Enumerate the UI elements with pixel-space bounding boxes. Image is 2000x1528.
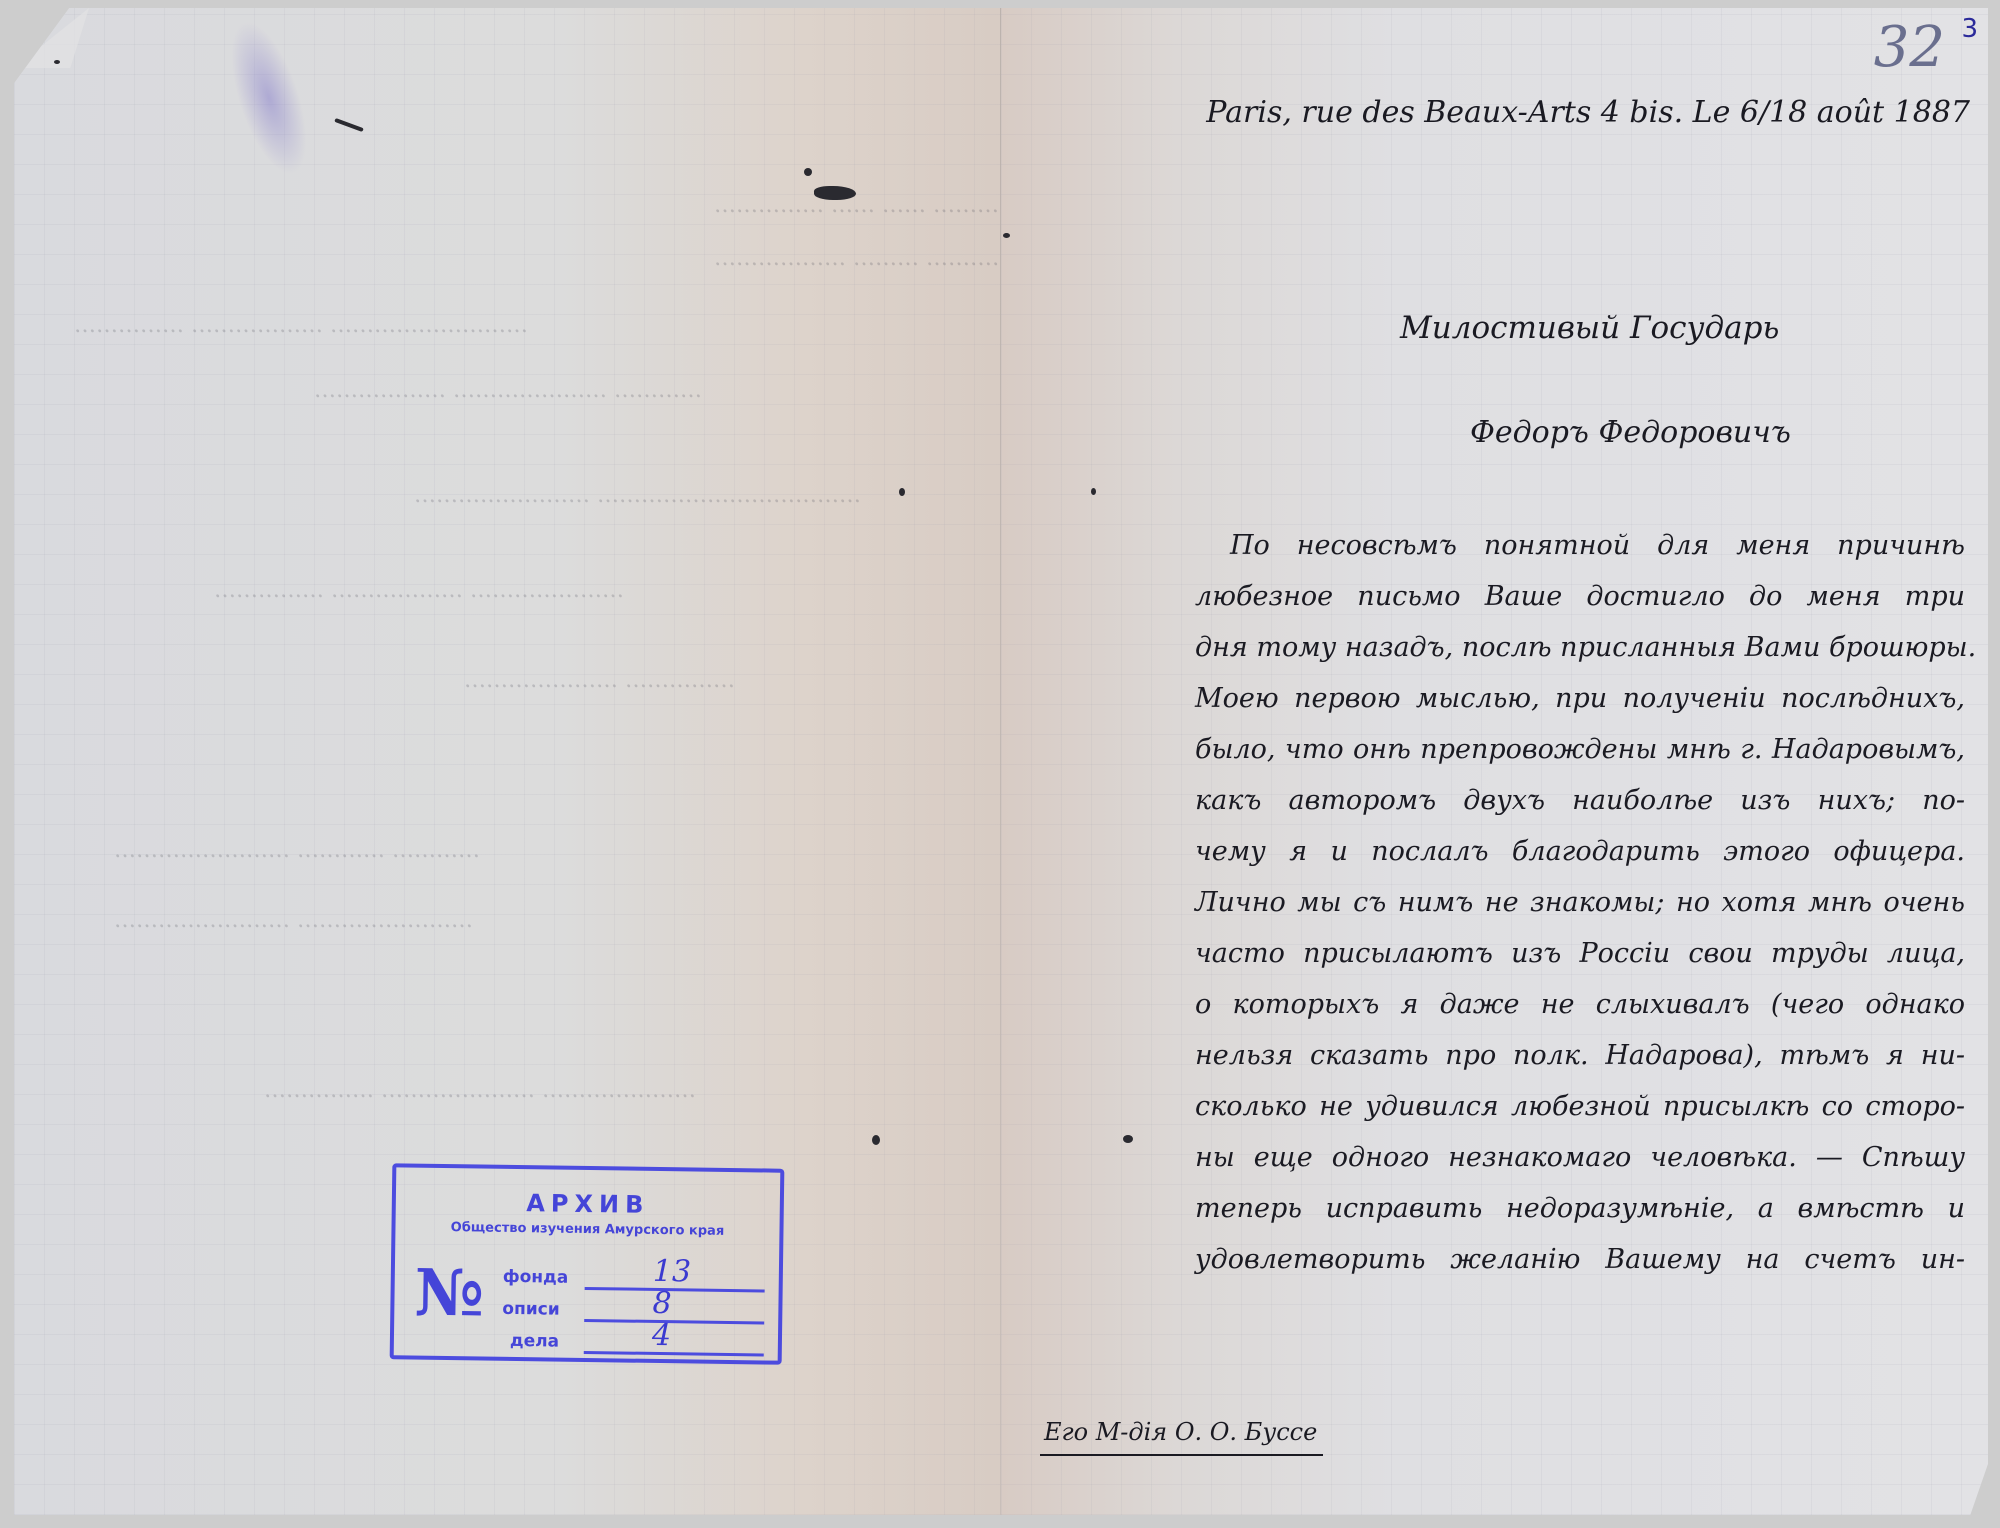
bleed-through-line: ……………… ……… ……………… [714, 246, 1001, 271]
folio-superscript: 3 [1961, 14, 1978, 44]
folded-corner [14, 8, 89, 68]
bleed-through-line: ………………… ………………… …………… [264, 1078, 696, 1103]
body-line: сколько не удивился любезной присылкѣ со… [1195, 1081, 1965, 1132]
ink-blot [899, 488, 905, 496]
bleed-through-line: …………… ………………… [464, 668, 735, 693]
ink-blot [1003, 233, 1010, 238]
body-line: Лично мы съ нимъ не знакомы; но хотя мнѣ… [1195, 877, 1965, 928]
body-line: о которыхъ я даже не слыхивалъ (чего одн… [1195, 979, 1965, 1030]
stamp-row-opis: описи 8 [502, 1291, 772, 1325]
body-line: часто присылаютъ изъ Россіи свои труды л… [1195, 928, 1965, 979]
body-line: любезное письмо Ваше достигло до меня тр… [1195, 571, 1965, 622]
body-line: По несовсѣмъ понятной для меня причинѣ [1195, 520, 1965, 571]
body-line: Моею первою мыслью, при полученіи послѣд… [1195, 673, 1965, 724]
stamp-value: 4 [652, 1318, 672, 1353]
body-line: ны еще одного незнакомаго человѣка. — Сп… [1195, 1132, 1965, 1183]
stamp-subtitle: Общество изучения Амурского края [405, 1219, 769, 1239]
letter-header: Paris, rue des Beaux-Arts 4 bis. Le 6/18… [1206, 95, 1970, 130]
body-line: какъ авторомъ двухъ наиболѣе изъ нихъ; п… [1195, 775, 1965, 826]
body-line: удовлетворить желанію Вашему на счетъ ин… [1195, 1234, 1965, 1285]
ink-blot [804, 168, 812, 176]
body-line: нельзя сказать про полк. Надарова), тѣмъ… [1195, 1030, 1965, 1081]
stamp-value: 13 [653, 1254, 692, 1290]
stamp-label: дела [510, 1331, 559, 1352]
stamp-underline [584, 1351, 764, 1357]
stamp-row-delo: дела 4 [502, 1323, 772, 1357]
body-line: дня тому назадъ, послѣ присланныя Вами б… [1195, 622, 1965, 673]
ink-blot [54, 60, 60, 64]
stamp-title: АРХИВ [396, 1187, 780, 1220]
body-line: теперь исправить недоразумѣніе, а вмѣстѣ… [1195, 1183, 1965, 1234]
ink-blot [1123, 1135, 1133, 1143]
salutation: Милостивый Государь [1400, 310, 1779, 346]
bleed-through-line: ………………… ……………… …………… [214, 578, 624, 603]
letter-body: По несовсѣмъ понятной для меня причинѣ л… [1195, 520, 1965, 1285]
bleed-through-line: ………… ………………… ……………… [314, 378, 702, 403]
ink-blot [334, 118, 364, 132]
folio-number: 32 [1874, 15, 1945, 80]
body-line: чему я и послалъ благодарить этого офице… [1195, 826, 1965, 877]
bleed-through-line: ……………………………… …………………… [414, 483, 861, 508]
left-page: …………………… …… …… …………… ……………… ……… ……………… …… [14, 8, 1001, 1515]
stamp-label: фонда [503, 1267, 569, 1288]
bleed-through-line: ……………………… ……………… …………… [74, 313, 528, 338]
ink-blot [1091, 488, 1096, 495]
stamp-label: описи [502, 1299, 560, 1320]
archive-stamp: АРХИВ Общество изучения Амурского края №… [390, 1163, 785, 1364]
number-sign: № [414, 1256, 485, 1332]
bleed-through-line: …………………… …………………… [114, 908, 473, 933]
ink-blot [872, 1135, 880, 1145]
body-line: было, что онѣ препровождены мнѣ г. Надар… [1195, 724, 1965, 775]
attribution-note: Его М-дія О. О. Буссе [1040, 1418, 1323, 1456]
bleed-through-line: …………………… …… …… …………… [714, 193, 1001, 218]
stamp-row-fond: фонда 13 [503, 1259, 773, 1293]
stamp-value: 8 [652, 1286, 672, 1321]
bleed-through-line: ………… ………… …………………… [114, 838, 480, 863]
ink-smudge [216, 13, 323, 184]
addressee-name: Федоръ Федоровичъ [1470, 415, 1791, 450]
